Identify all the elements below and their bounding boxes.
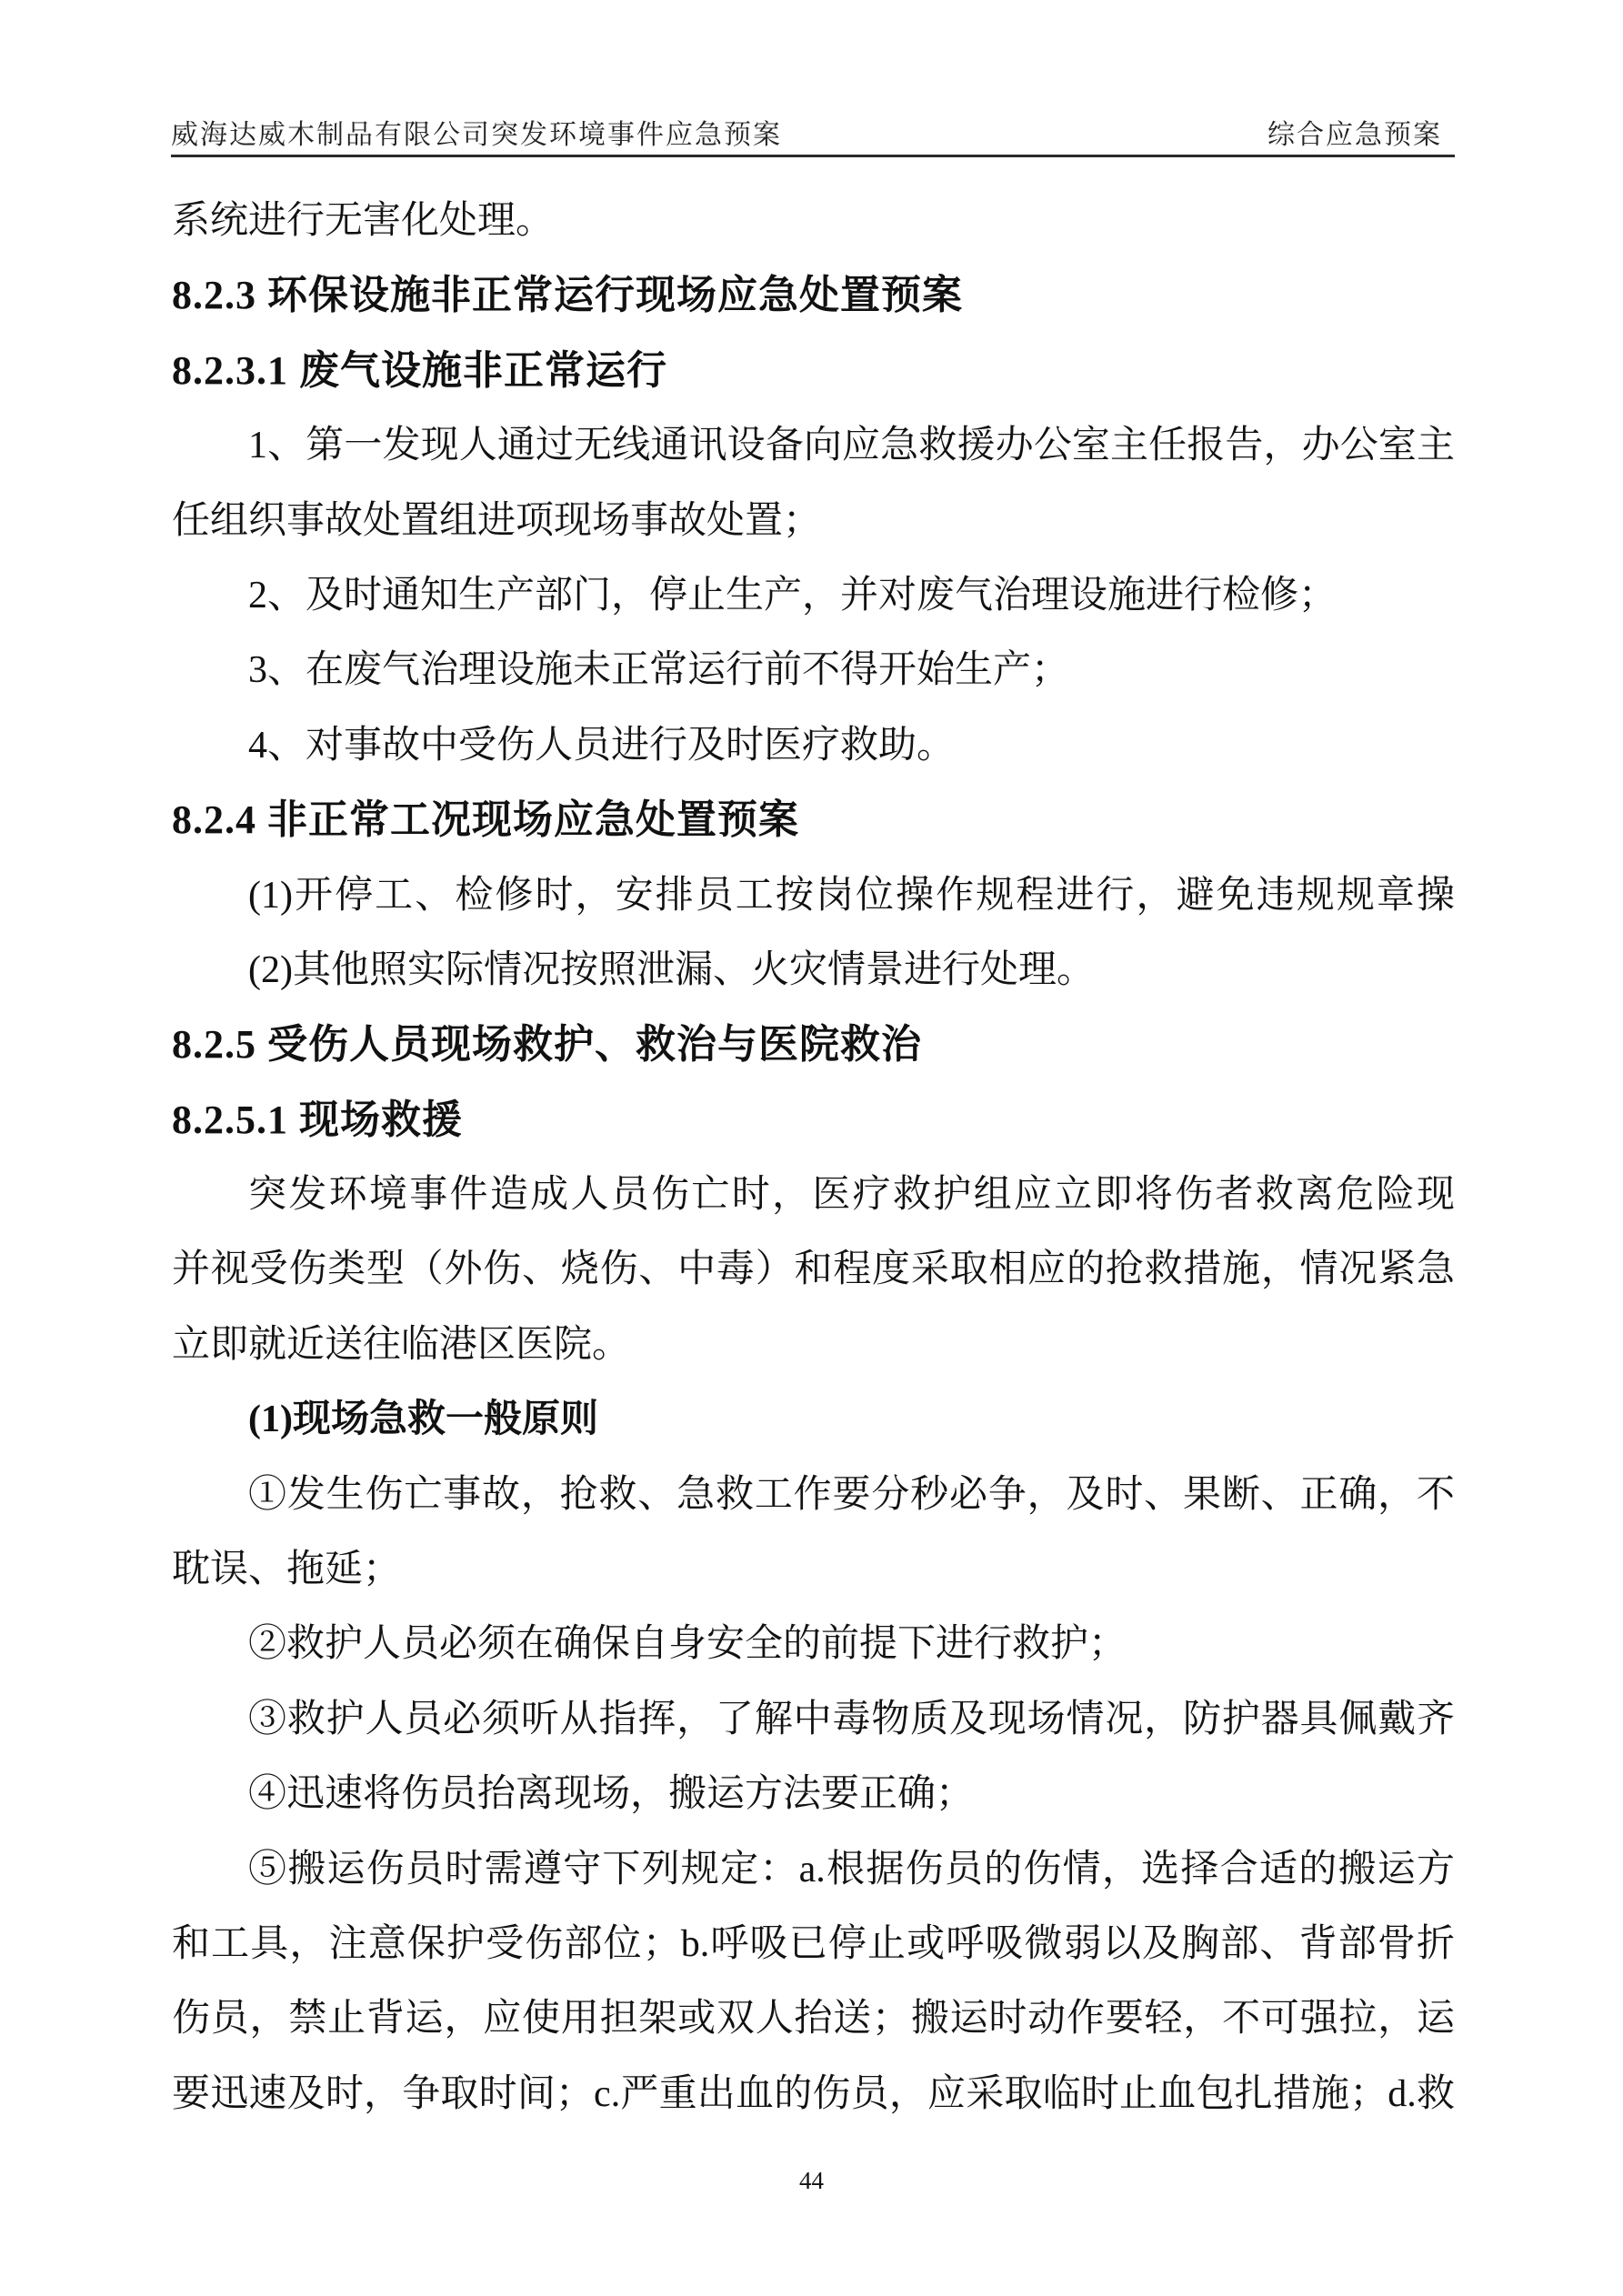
page-header: 威海达威木制品有限公司突发环境事件应急预案 综合应急预案: [171, 116, 1455, 155]
paragraph-line: 突发环境事件造成人员伤亡时，医疗救护组应立即将伤者救离危险现场，: [172, 1158, 1455, 1232]
principle-item-4: ④迅速将伤员抬离现场，搬运方法要正确；: [172, 1757, 1455, 1831]
principle-item-5-continuation: 要迅速及时，争取时间；c.严重出血的伤员，应采取临时止血包扎措施；d.救: [172, 2057, 1455, 2131]
principle-item-5: ⑤搬运伤员时需遵守下列规定：a.根据伤员的伤情，选择合适的搬运方法: [172, 1832, 1455, 1907]
list-item-1: 1、第一发现人通过无线通讯设备向应急救援办公室主任报告，办公室主: [172, 408, 1455, 483]
header-divider: [171, 155, 1455, 157]
list-item-4: 4、对事故中受伤人员进行及时医疗救助。: [172, 708, 1455, 783]
paragraph-continuation-line: 系统进行无害化处理。: [172, 184, 1455, 258]
page-body: 系统进行无害化处理。 8.2.3 环保设施非正常运行现场应急处置预案 8.2.3…: [172, 184, 1455, 2131]
principle-item-2: ②救护人员必须在确保自身安全的前提下进行救护；: [172, 1607, 1455, 1681]
bold-subheading-first-aid-principles: (1)现场急救一般原则: [172, 1382, 1455, 1457]
list-item-paren-2: (2)其他照实际情况按照泄漏、火灾情景进行处理。: [172, 933, 1455, 1008]
list-item-1-continuation: 任组织事故处置组进项现场事故处置；: [172, 484, 1455, 558]
subsection-heading-8-2-3-1: 8.2.3.1 废气设施非正常运行: [172, 334, 1455, 408]
section-heading-8-2-5: 8.2.5 受伤人员现场救护、救治与医院救治: [172, 1008, 1455, 1082]
principle-item-5-continuation: 伤员，禁止背运，应使用担架或双人抬送；搬运时动作要轻，不可强拉，运送: [172, 1981, 1455, 2056]
section-heading-8-2-3: 8.2.3 环保设施非正常运行现场应急处置预案: [172, 258, 1455, 333]
list-item-3: 3、在废气治理设施未正常运行前不得开始生产；: [172, 633, 1455, 707]
header-document-title: 威海达威木制品有限公司突发环境事件应急预案: [171, 116, 782, 155]
principle-item-1-continuation: 耽误、拖延；: [172, 1532, 1455, 1607]
page-number: 44: [0, 2167, 1623, 2194]
header-section-title: 综合应急预案: [1267, 116, 1442, 155]
section-heading-8-2-4: 8.2.4 非正常工况现场应急处置预案: [172, 783, 1455, 857]
list-item-2: 2、及时通知生产部门，停止生产，并对废气治理设施进行检修；: [172, 558, 1455, 633]
principle-item-3: ③救护人员必须听从指挥，了解中毒物质及现场情况，防护器具佩戴齐全；: [172, 1682, 1455, 1757]
document-page: 威海达威木制品有限公司突发环境事件应急预案 综合应急预案 系统进行无害化处理。 …: [0, 0, 1623, 2296]
principle-item-1: ①发生伤亡事故，抢救、急救工作要分秒必争，及时、果断、正确，不得: [172, 1458, 1455, 1532]
principle-item-5-continuation: 和工具，注意保护受伤部位；b.呼吸已停止或呼吸微弱以及胸部、背部骨折的: [172, 1907, 1455, 1981]
paragraph-line: 并视受伤类型（外伤、烧伤、中毒）和程度采取相应的抢救措施，情况紧急者: [172, 1232, 1455, 1307]
paragraph-line: 立即就近送往临港区医院。: [172, 1308, 1455, 1382]
subsection-heading-8-2-5-1: 8.2.5.1 现场救援: [172, 1083, 1455, 1158]
list-item-paren-1: (1)开停工、检修时，安排员工按岗位操作规程进行，避免违规规章操作；: [172, 858, 1455, 933]
